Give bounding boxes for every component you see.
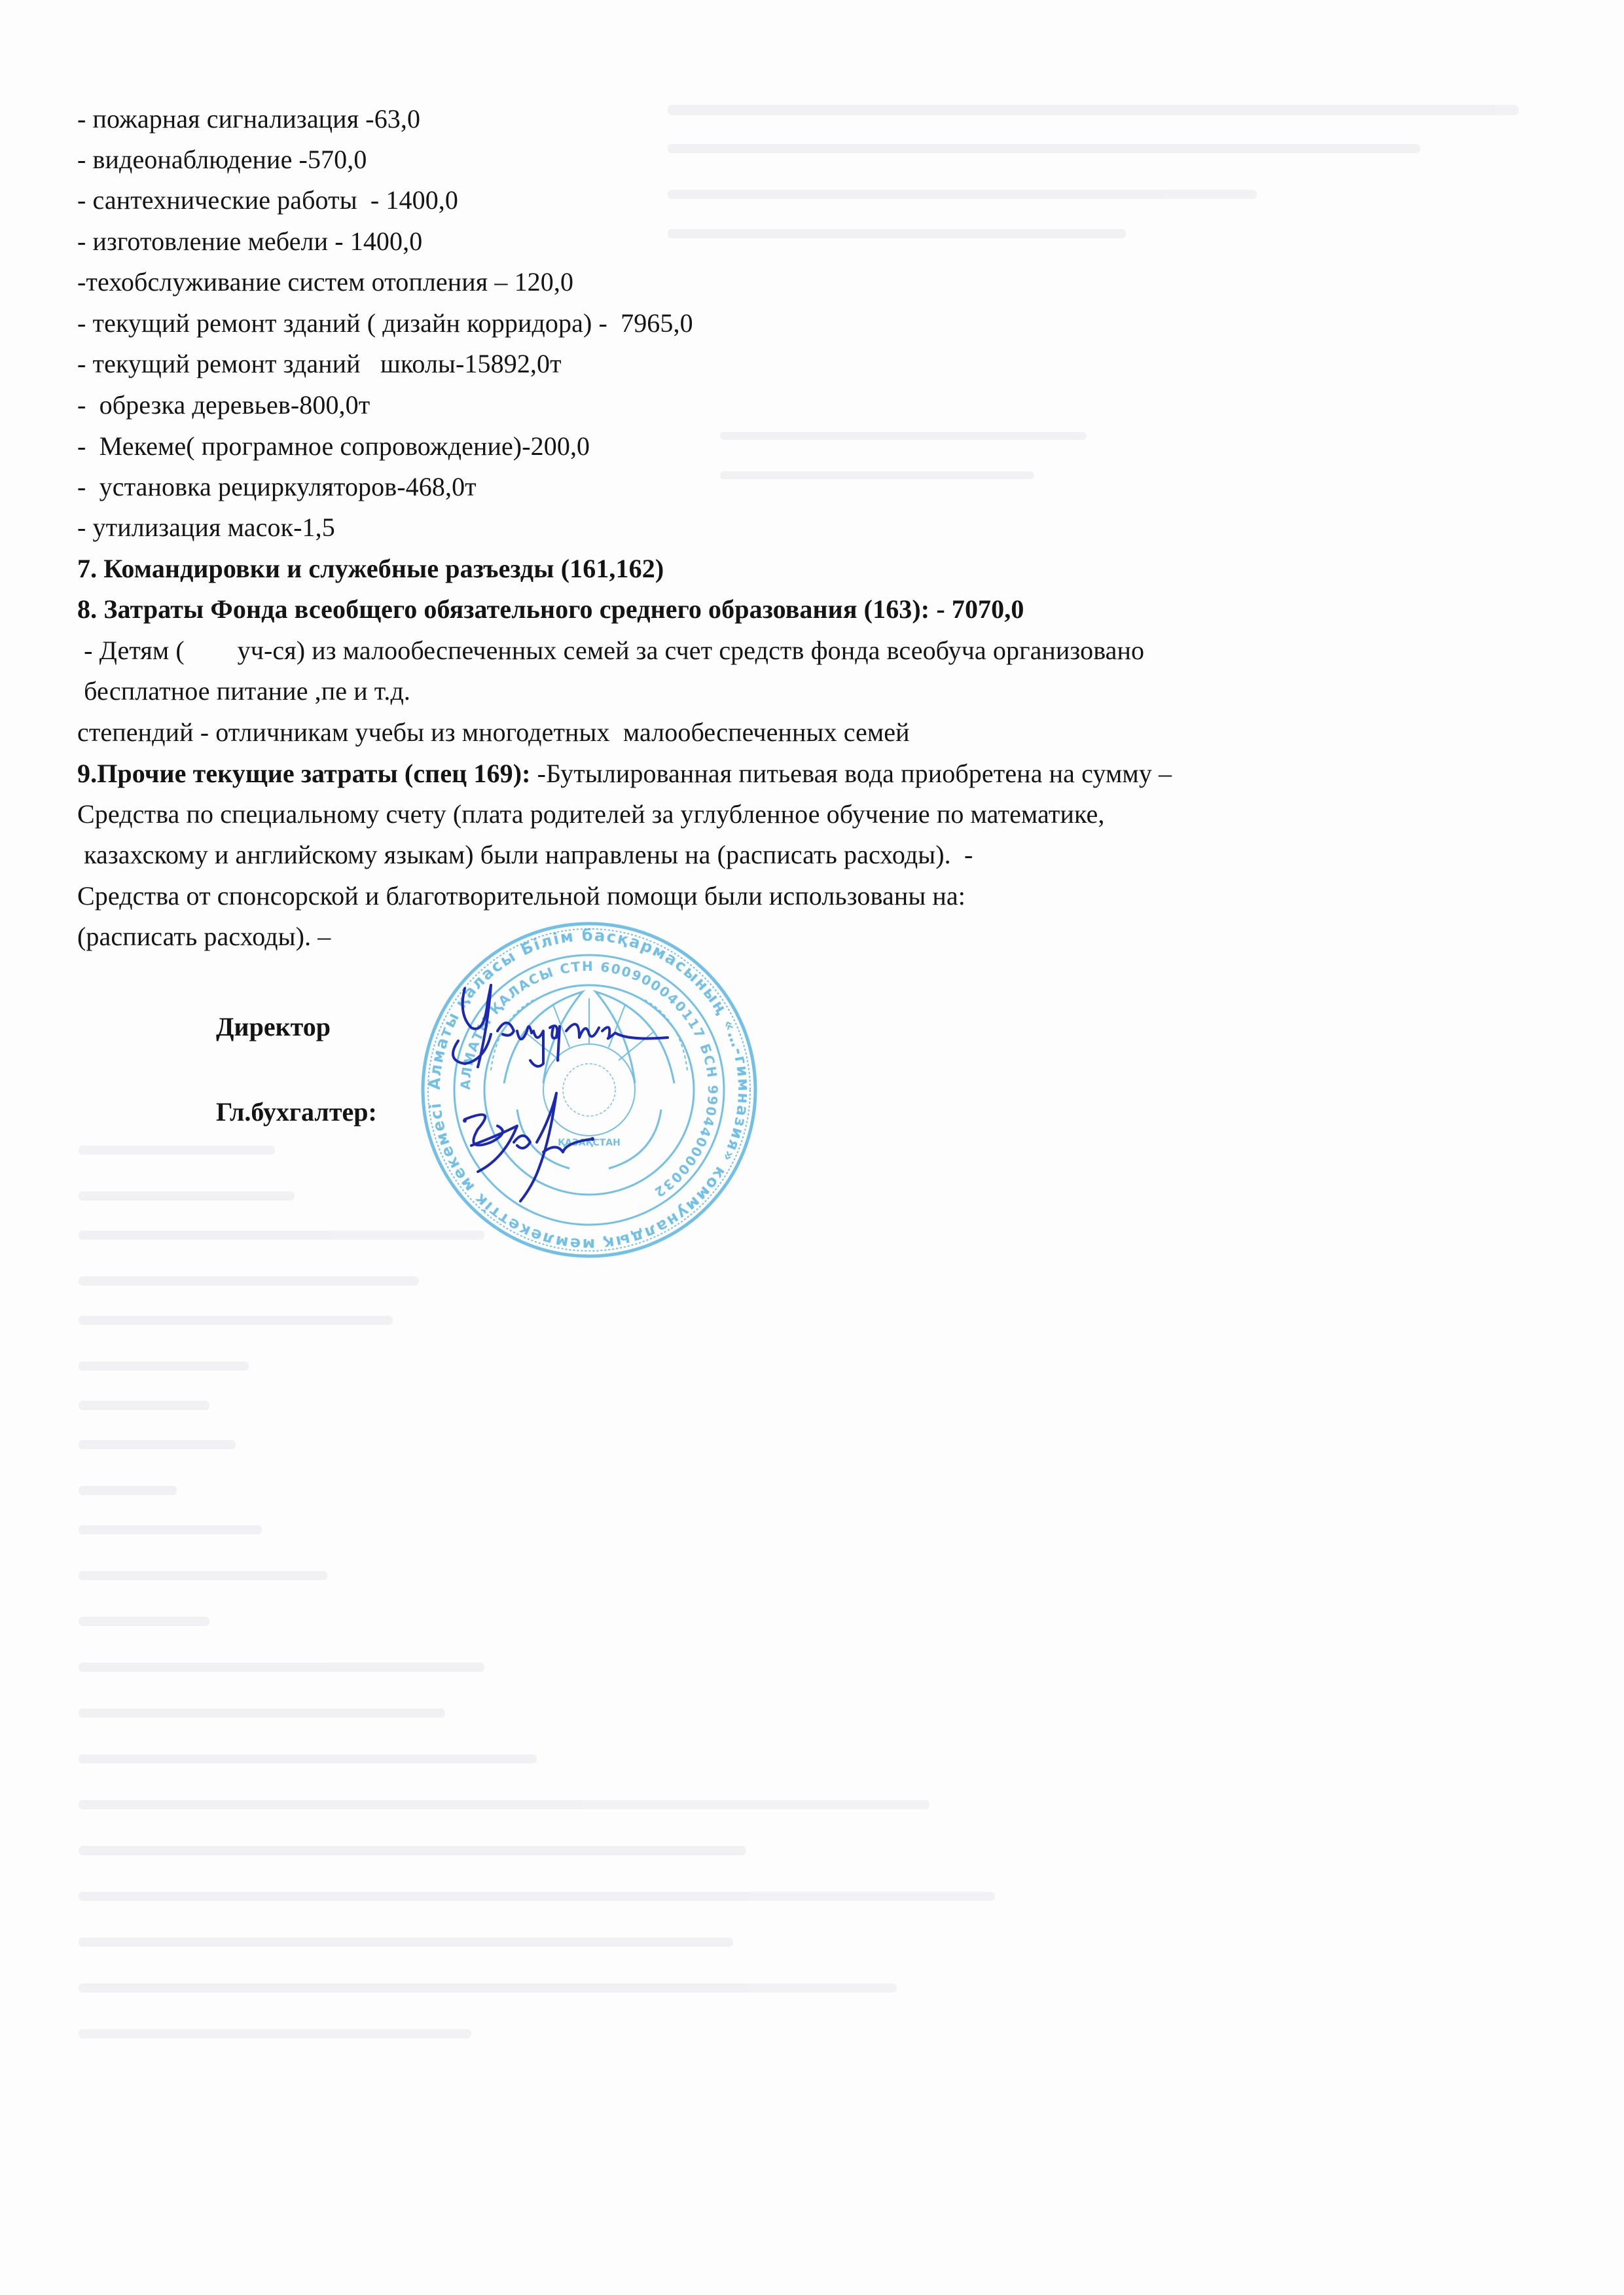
director-signature-icon: [452, 975, 674, 1074]
expense-item-furniture: - изготовление мебели - 1400,0: [77, 226, 422, 257]
expense-item-school-repair: - текущий ремонт зданий школы-15892,0т: [77, 348, 562, 380]
fund-item-free-meals-cont: бесплатное питание ,пе и т.д.: [77, 676, 410, 707]
expense-item-corridor-repair: - текущий ремонт зданий ( дизайн корридо…: [77, 308, 693, 339]
expense-item-heating-maintenance: -техобслуживание систем отопления – 120,…: [77, 266, 573, 298]
section-heading-other-expenses-label: 9.Прочие текущие затраты (спец 169):: [77, 759, 537, 788]
bleed-through-texture: [0, 0, 1624, 2295]
expense-item-mask-disposal: - утилизация масок-1,5: [77, 512, 335, 543]
accountant-signature-icon: [458, 1080, 596, 1211]
expense-item-video-surveillance: - видеонаблюдение -570,0: [77, 144, 367, 175]
expense-item-fire-alarm: - пожарная сигнализация -63,0: [77, 103, 420, 135]
section-heading-travel: 7. Командировки и служебные разъезды (16…: [77, 553, 664, 585]
expense-item-recirculators: - установка рециркуляторов-468,0т: [77, 471, 477, 503]
director-label: Директор: [216, 1011, 331, 1042]
section-heading-education-fund: 8. Затраты Фонда всеобщего обязательного…: [77, 594, 1024, 625]
fund-item-free-meals: - Детям ( уч-ся) из малообеспеченных сем…: [77, 635, 1144, 666]
fund-item-scholarships: степендий - отличникам учебы из многодет…: [77, 717, 910, 748]
special-account-text: Средства по специальному счету (плата ро…: [77, 799, 1104, 830]
section-heading-other-expenses: 9.Прочие текущие затраты (спец 169): -Бу…: [77, 758, 1172, 789]
sponsorship-text: Средства от спонсорской и благотворитель…: [77, 880, 965, 912]
expense-item-tree-trimming: - обрезка деревьев-800,0т: [77, 389, 370, 421]
special-account-text-cont: казахскому и английскому языкам) были на…: [77, 839, 973, 871]
chief-accountant-label: Гл.бухгалтер:: [216, 1096, 377, 1127]
sponsorship-text-cont: (расписать расходы). –: [77, 921, 331, 952]
other-expenses-water: -Бутылированная питьевая вода приобретен…: [537, 759, 1172, 788]
expense-item-software-support: - Мекеме( програмное сопровождение)-200,…: [77, 431, 590, 462]
expense-item-plumbing: - сантехнические работы - 1400,0: [77, 185, 458, 216]
